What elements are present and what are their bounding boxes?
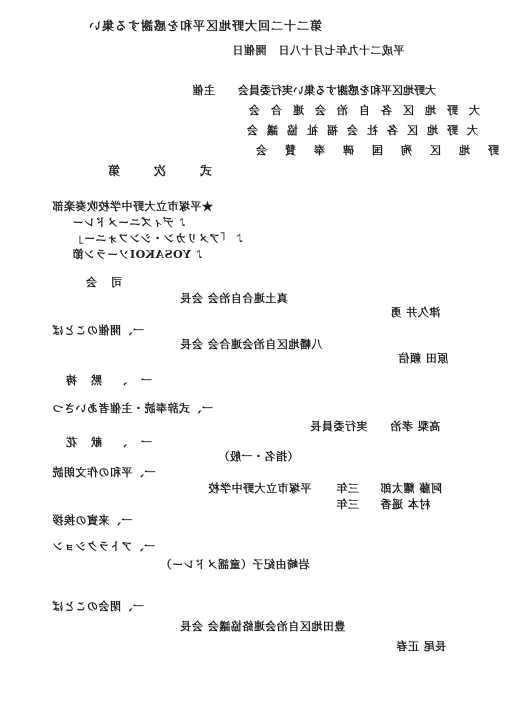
attraction-note: 岩崎由紀子（童謡メドレー） xyxy=(160,558,310,571)
program-item-silence: 一、黙祷 xyxy=(52,374,152,387)
date-label: 開催日 xyxy=(232,44,267,57)
opening-name: 原田 頼信 xyxy=(398,352,448,365)
address-role: 実行委員長 xyxy=(310,420,368,433)
program-item-flowers: 一、献花 xyxy=(52,436,152,449)
student-grade: 三年 xyxy=(336,498,359,511)
closing-name: 長尾 正春 xyxy=(396,640,446,653)
organizer-label: 主催 xyxy=(192,84,215,97)
organizer-item: 大野地区各社会福祉協議会 xyxy=(238,124,478,137)
program-item-closing: 一、閉会のことば xyxy=(52,600,144,613)
emcee-label: 司会 xyxy=(72,276,122,289)
essay-school: 平塚市立大野中学校 xyxy=(208,482,312,495)
flowers-note: （指名・一般） xyxy=(218,450,299,463)
program-item-opening: 一、開催のことば xyxy=(52,324,144,337)
program-item-address: 一、式辞奉読・主催者あいさつ xyxy=(52,402,213,415)
emcee-name: 津久井 勇 xyxy=(390,306,440,319)
closing-role: 豊田地区自治会連絡協議会 会長 xyxy=(180,620,345,633)
organizer-item: 大野地区各自治会連合会 xyxy=(238,104,480,117)
program-item-attraction: 一、アトラクション xyxy=(52,540,155,553)
organizer-item: 大野地区殉国碑奉賛会 xyxy=(238,144,510,157)
opening-role: 八幡地区自治会連合会 会長 xyxy=(180,338,322,351)
date-value: 平成二十九年七月十八日 xyxy=(278,44,405,57)
emcee-role: 真土連合自治会 会長 xyxy=(180,292,288,305)
program-document: 第二十二回大野地区平和を感謝する集い 開催日 平成二十九年七月十八日 主催 大野… xyxy=(0,0,510,701)
program-item-guests: 一、来賓の挨拶 xyxy=(52,514,133,527)
performer: ★平塚市立大野中学校吹奏楽部 xyxy=(52,200,213,213)
program-item-essay: 一、平和の作文朗読 xyxy=(52,466,156,479)
student-name: 阿藤 耀太郎 xyxy=(380,482,442,495)
organizer-item: 大野地区平和を感謝する集い実行委員会 xyxy=(238,84,436,97)
program-heading: 式次第 xyxy=(74,165,212,178)
song-item: ♪ 「アメリカン・シンフォニー」 xyxy=(72,232,243,245)
event-title: 第二十二回大野地区平和を感謝する集い xyxy=(88,20,322,33)
student-grade: 三年 xyxy=(336,482,359,495)
address-name: 高梨 孝治 xyxy=(390,420,440,433)
student-name: 村本 遥香 xyxy=(380,498,430,511)
song-item: ♪ YOSAKOIソーラン節 xyxy=(72,248,203,261)
song-item: ♪ ディズニーメドレー xyxy=(72,216,186,229)
